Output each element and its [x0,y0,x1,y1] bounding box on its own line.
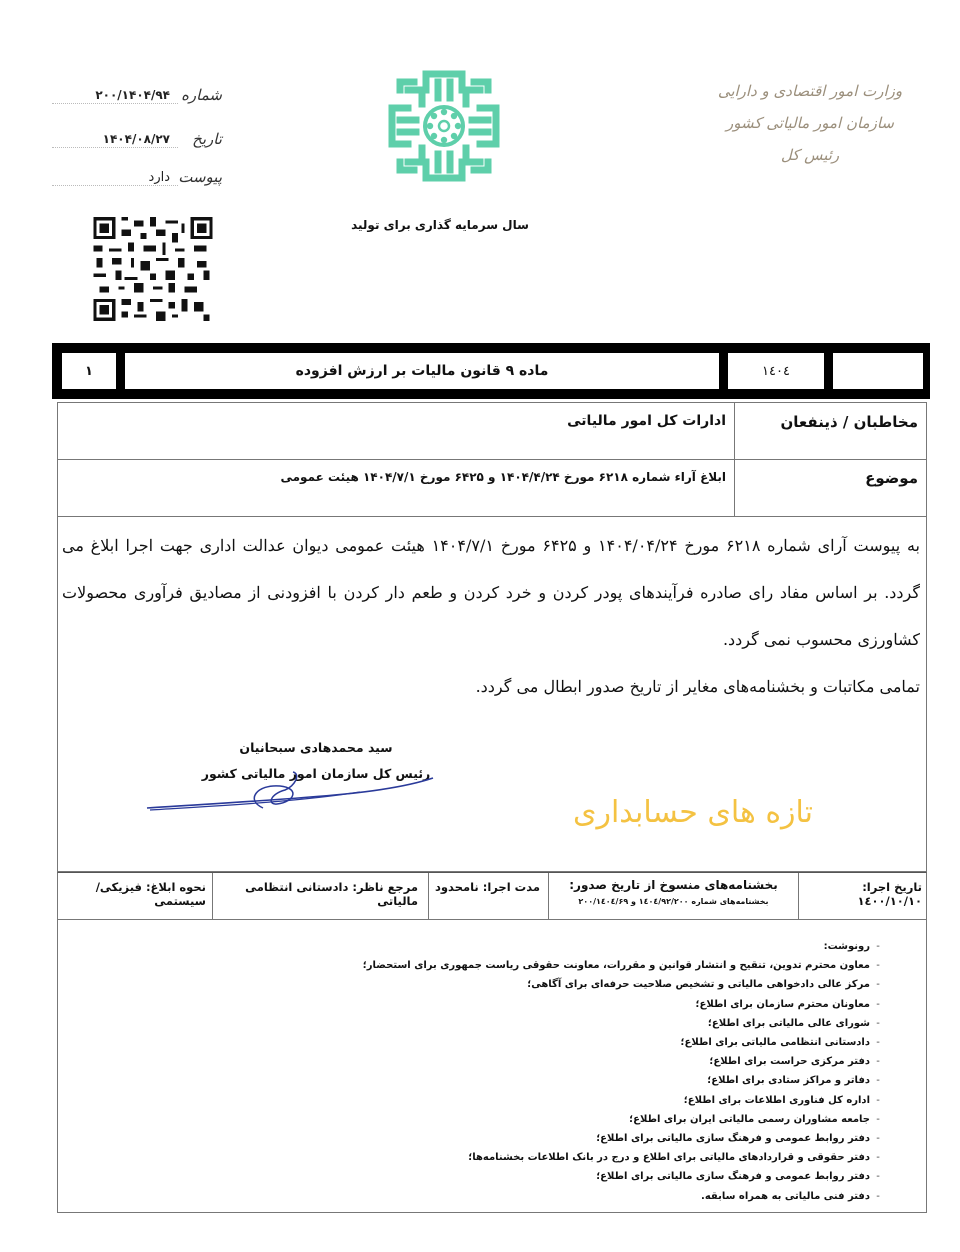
copy-recipient: -رونوشت: [363,937,886,956]
recipients-label: مخاطبان / ذینفعان [781,413,919,431]
tax-organization-logo-icon [386,68,502,184]
watermark-text: تازه های حسابداری [548,795,838,830]
delivery-method: نحوه ابلاغ: فیزیکی/سیستمی [96,880,206,908]
delivery-cell: نحوه ابلاغ: فیزیکی/سیستمی [59,873,212,919]
letter-date-value: ۱۴۰۴/۰۸/۲۷ [99,132,170,146]
circular-title: ماده ۹ قانون مالیات بر ارزش افزوده [296,363,549,379]
copy-recipient: -دفتر فنی مالیاتی به همراه سابقه. [363,1187,886,1206]
signature-icon [145,770,435,815]
attachment-row: پیوست دارد [52,168,222,192]
repealed-detail: بخشنامه‌های شماره ۱٤۰٤/۹۲/۲۰۰ و ۲۰۰/۱٤۰٤… [549,897,798,906]
copy-recipient: -جامعه مشاوران رسمی مالیاتی ایران برای ا… [363,1110,886,1129]
copy-recipient: -دفتر حقوقی و قراردادهای مالیاتی برای اط… [363,1148,886,1167]
ministry-name: وزارت امور اقتصادی و دارایی [700,75,920,107]
copies-list: -رونوشت: -معاون محترم تدوین، تنقیح و انت… [363,937,886,1206]
circular-body-text: به پیوست آرای شماره ۶۲۱۸ مورخ ۱۴۰۴/۰۴/۲۴… [62,522,920,710]
year-slogan: سال سرمایه گذاری برای تولید [340,218,540,232]
letter-date-row: تاریخ ۱۴۰۴/۰۸/۲۷ [52,130,222,154]
copy-recipient: -دادستانی انتظامی مالیاتی برای اطلاع؛ [363,1033,886,1052]
supervising-authority: مرجع ناظر: دادستانی انتظامی مالیاتی [245,880,418,908]
body-paragraph: تمامی مکاتبات و بخشنامه‌های مغایر از تار… [62,663,920,710]
title-bar: ۱ ماده ۹ قانون مالیات بر ارزش افزوده ۱٤۰… [52,343,930,399]
letter-number-value: ۲۰۰/۱۴۰۴/۹۴ [91,88,170,102]
copy-recipient: -دفاتر و مراکز ستادی برای اطلاع؛ [363,1071,886,1090]
letter-number-label: شماره [181,86,222,104]
supervisor-cell: مرجع ناظر: دادستانی انتظامی مالیاتی [212,873,428,919]
copy-recipient: -اداره کل فناوری اطلاعات برای اطلاع؛ [363,1091,886,1110]
signer-name: سید محمدهادی سبحانیان [196,735,436,761]
repealed-title: بخشنامه‌های منسوخ از تاریخ صدور: [549,878,798,892]
copy-recipient: -شورای عالی مالیاتی برای اطلاع؛ [363,1014,886,1033]
copy-recipient: -دفتر روابط عمومی و فرهنگ سازی مالیاتی ب… [363,1167,886,1186]
body-paragraph: به پیوست آرای شماره ۶۲۱۸ مورخ ۱۴۰۴/۰۴/۲۴… [62,522,920,663]
organization-name: سازمان امور مالیاتی کشور [700,107,920,139]
copy-recipient: -مرکز عالی دادخواهی مالیاتی و تشخیص صلاح… [363,975,886,994]
effective-date: تاریخ اجرا: ۱٤۰۰/۱۰/۱۰ [857,880,922,908]
execution-duration: مدت اجرا: نامحدود [435,880,540,894]
subject-label: موضوع [865,469,918,487]
letter-number-row: شماره ۲۰۰/۱۴۰۴/۹۴ [52,86,222,110]
copy-recipient: -معاونان محترم سازمان برای اطلاع؛ [363,995,886,1014]
copy-recipient: -دفتر روابط عمومی و فرهنگ سازی مالیاتی ب… [363,1129,886,1148]
attachment-value: دارد [145,170,170,185]
year-cell: ۱٤۰٤ [726,351,826,391]
copies-box: -رونوشت: -معاون محترم تدوین، تنقیح و انت… [57,920,927,1213]
subject-value: ابلاغ آراء شماره ۶۲۱۸ مورخ ۱۴۰۴/۴/۲۴ و ۶… [280,470,726,484]
copy-recipient: -معاون محترم تدوین، تنقیح و انتشار قوانی… [363,956,886,975]
circular-title-cell: ماده ۹ قانون مالیات بر ارزش افزوده [123,351,721,391]
copy-recipient: -دفتر مرکزی حراست برای اطلاع؛ [363,1052,886,1071]
circular-number-cell: ۱ [60,351,118,391]
empty-cell [831,351,925,391]
circular-info-row: تاریخ اجرا: ۱٤۰۰/۱۰/۱۰ بخشنامه‌های منسوخ… [57,872,927,920]
ministry-letterhead: وزارت امور اقتصادی و دارایی سازمان امور … [700,75,920,171]
repealed-circulars-cell: بخشنامه‌های منسوخ از تاریخ صدور: بخشنامه… [548,873,798,919]
circular-year: ۱٤۰٤ [762,364,790,379]
letter-date-label: تاریخ [192,130,222,148]
recipients-value: ادارات کل امور مالیاتی [567,413,726,429]
duration-cell: مدت اجرا: نامحدود [428,873,548,919]
effective-date-cell: تاریخ اجرا: ۱٤۰۰/۱۰/۱۰ [798,873,926,919]
circular-number: ۱ [85,364,93,379]
qr-code-icon[interactable] [90,214,216,324]
head-title: رئیس کل [700,139,920,171]
attachment-label: پیوست [178,168,222,186]
